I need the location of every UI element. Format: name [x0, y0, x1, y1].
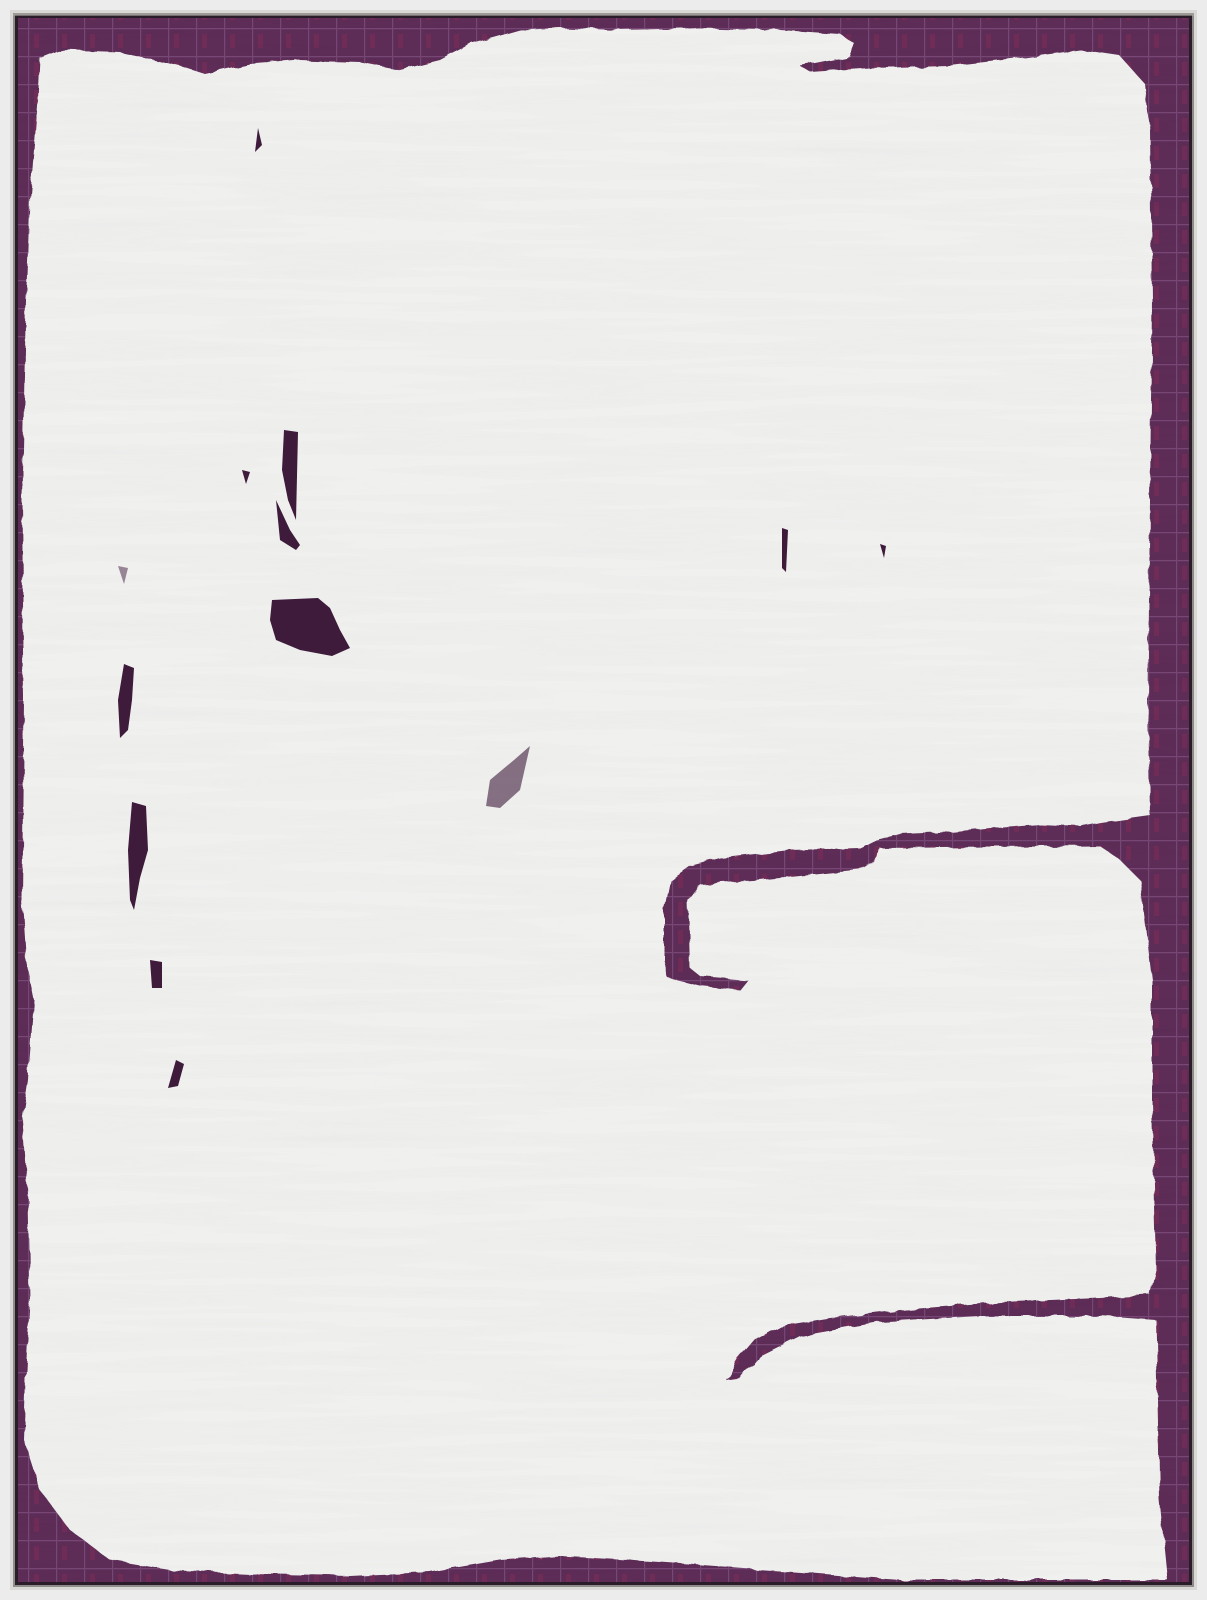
white-paint-layer [18, 18, 1189, 1582]
artwork-photo [0, 0, 1207, 1600]
painting-scene [0, 0, 1207, 1600]
